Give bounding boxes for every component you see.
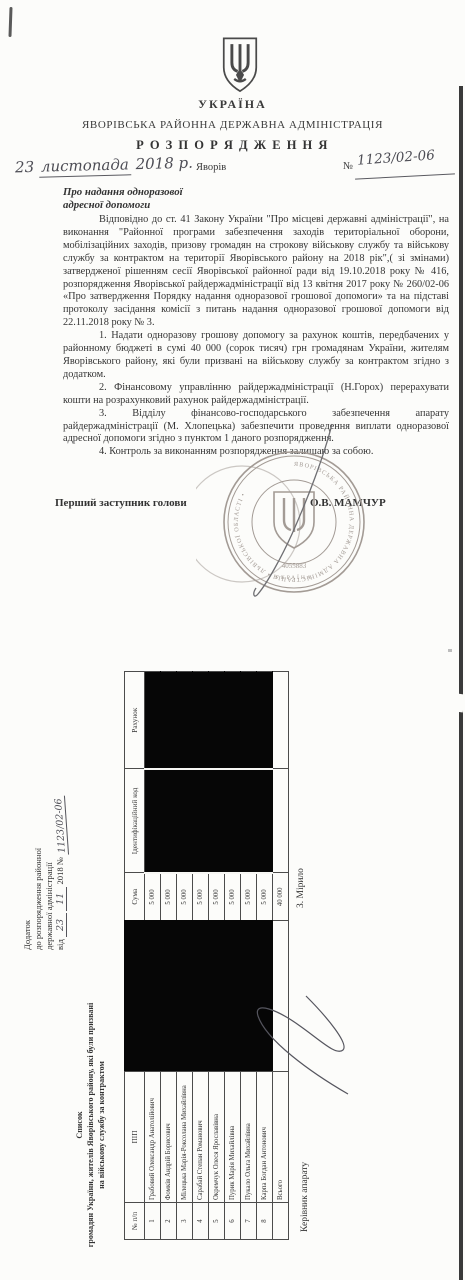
beneficiary-row: 7Пукало Ольга Михайлівна5 000 [241,672,257,1240]
beneficiary-row: 8Карпа Богдан Антонович5 000 [257,672,273,1240]
handwritten-month: листопада [39,155,131,177]
appendix-table-body: 1Грабовий Олександр Анатолійович5 0002Фо… [145,672,273,1240]
sum-value: 5 000 [209,873,225,921]
official-stamp-icon: ЯВОРІВСЬКА РАЙОННА ДЕРЖАВНА АДМІНІСТРАЦІ… [196,418,376,618]
redacted-account-cell [257,672,273,770]
handwritten-ref-month: 11 [55,887,67,911]
appendix-ref-line: державної адміністрації [44,710,55,950]
pen-signature-scribble-icon [248,967,363,1112]
subject-line: Про надання одноразової [63,186,293,199]
beneficiary-row: 4Сарабай Степан Романович5 000 [193,672,209,1240]
handwritten-day: 23 [15,158,35,176]
person-name: Грабовий Олександр Анатолійович [145,1072,161,1203]
column-header-number: № п/п [125,1203,145,1240]
redacted-account-cell [241,672,257,770]
ref-from-label: від [55,939,65,950]
redacted-id-code-cell [241,769,257,873]
beneficiary-row: 6Пурик Марія Михайлівна5 000 [225,672,241,1240]
authority-name: ЯВОРІВСЬКА РАЙОННА ДЕРЖАВНА АДМІНІСТРАЦІ… [0,119,465,131]
redacted-cell [209,921,225,1072]
row-number: 7 [241,1203,257,1240]
redacted-account-cell [209,672,225,770]
sum-value: 5 000 [145,873,161,921]
row-number: 6 [225,1203,241,1240]
redacted-cell [225,921,241,1072]
tryzub-coat-of-arms-icon [217,36,263,94]
number-sign: № [343,161,353,172]
sum-value: 5 000 [241,873,257,921]
row-number: 2 [161,1203,177,1240]
person-name: Мілецька Марія-Роксолана Михайлівна [177,1072,193,1203]
number-underline [355,173,455,179]
row-number: 4 [193,1203,209,1240]
beneficiaries-table: № п/п ПІП Сума Ідентифікаційний код Раху… [124,671,289,1240]
appendix-reference: Додаток до розпорядження районної держав… [22,710,67,950]
person-name: Сарабай Степан Романович [193,1072,209,1203]
body-paragraph: 2. Фінансовому управлінню райдержадмініс… [63,382,449,408]
appendix-title-line: Список [74,972,85,1278]
signer-position: Перший заступник голови [55,497,187,509]
redacted-cell [193,921,209,1072]
stamp-code: 4055883 [282,562,307,570]
appendix-ref-line: до розпорядження районної [33,710,44,950]
row-number: 1 [145,1203,161,1240]
redacted-id-code-cell [209,769,225,873]
appendix-title: Список громадян України, жителів Яворівс… [74,972,107,1278]
redacted-id-code-cell [257,769,273,873]
scan-artifact-mark [8,7,12,37]
redacted-id-code-cell [225,769,241,873]
handwritten-date: 23 листопада 2018 р. [15,154,193,177]
redacted-id-code-cell [145,769,161,873]
redacted-column-header [125,921,145,1072]
column-header-sum: Сума [125,873,145,921]
appendix-title-line: на військову службу за контрактом [96,972,107,1278]
person-name: Пурик Марія Михайлівна [225,1072,241,1203]
appendix-ref-date-line: від 23 11 2018 № 1123/02-06 [55,710,67,950]
redacted-id-code-cell [161,769,177,873]
handwritten-ref-number: 1123/02-06 [53,796,69,855]
subject-line: адресної допомоги [63,199,293,212]
country-name: УКРАЇНА [0,97,465,112]
redacted-account-cell [225,672,241,770]
sum-value: 5 000 [257,873,273,921]
redacted-account-cell [145,672,161,770]
handwritten-year: 2018 р. [135,154,193,173]
beneficiary-row: 3Мілецька Марія-Роксолана Михайлівна5 00… [177,672,193,1240]
subject-heading: Про надання одноразової адресної допомог… [63,186,293,212]
sum-value: 5 000 [177,873,193,921]
empty-cell [273,672,289,770]
appendix-signer-position: Керівник апарату [300,1162,310,1232]
redacted-account-cell [193,672,209,770]
column-header-id-code: Ідентифікаційний код [125,769,145,873]
empty-cell [273,769,289,873]
sum-value: 5 000 [161,873,177,921]
beneficiary-row: 1Грабовий Олександр Анатолійович5 000 [145,672,161,1240]
row-number: 3 [177,1203,193,1240]
empty-cell [273,1203,289,1240]
redacted-cell [177,921,193,1072]
redacted-cell [161,921,177,1072]
person-name: Фомків Андрій Борисович [161,1072,177,1203]
redacted-id-code-cell [193,769,209,873]
stamp-country: УКРАЇНА [275,574,313,581]
appendix-section-rotated: Додаток до розпорядження районної держав… [0,640,465,1280]
appendix-landscape-page: Додаток до розпорядження районної держав… [0,640,465,1280]
appendix-signer-name: З. Мірило [296,868,306,908]
redacted-cell [145,921,161,1072]
beneficiary-row: 2Фомків Андрій Борисович5 000 [161,672,177,1240]
redacted-account-cell [177,672,193,770]
place-name: Яворів [196,162,226,173]
redacted-account-cell [161,672,177,770]
ref-year-label: 2018 № [55,857,65,885]
column-header-account: Рахунок [125,672,145,770]
beneficiary-row: 5Окремчук Олеся Ярославівна5 000 [209,672,225,1240]
row-number: 5 [209,1203,225,1240]
column-header-name: ПІП [125,1072,145,1203]
person-name: Окремчук Олеся Ярославівна [209,1072,225,1203]
total-row: Всього 40 000 [273,672,289,1240]
body-paragraph: 1. Надати одноразову грошову допомогу за… [63,330,449,382]
redacted-id-code-cell [177,769,193,873]
total-sum: 40 000 [273,873,289,921]
appendix-title-line: громадян України, жителів Яворівського р… [85,972,96,1278]
handwritten-ref-day: 23 [55,913,67,937]
row-number: 8 [257,1203,273,1240]
scanned-document-page: УКРАЇНА ЯВОРІВСЬКА РАЙОННА ДЕРЖАВНА АДМІ… [0,0,465,1280]
sum-value: 5 000 [193,873,209,921]
body-paragraph: Відповідно до ст. 41 Закону України "Про… [63,214,449,330]
sum-value: 5 000 [225,873,241,921]
table-header-row: № п/п ПІП Сума Ідентифікаційний код Раху… [125,672,145,1240]
appendix-ref-line: Додаток [22,710,33,950]
